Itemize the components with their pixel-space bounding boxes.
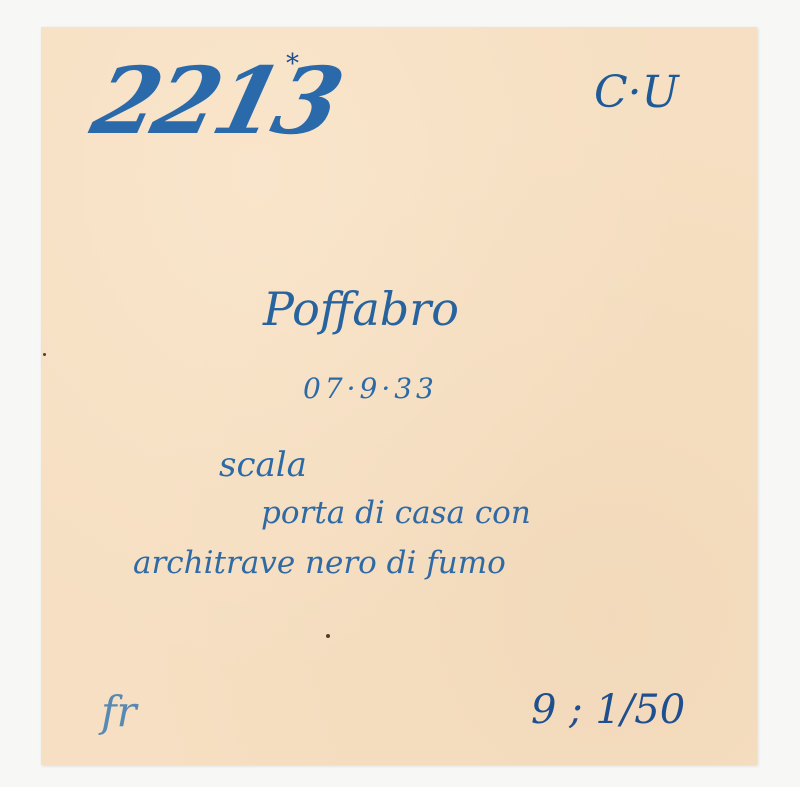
description-line-2: porta di casa con	[261, 495, 531, 531]
description-line-1: scala	[219, 445, 307, 485]
index-card: 2213 * C·U Poffabro 07·9·33 scala porta …	[41, 27, 757, 765]
catalog-number: 2213	[83, 47, 350, 155]
date: 07·9·33	[303, 372, 438, 405]
author-initials: fr	[101, 687, 137, 736]
place-name: Poffabro	[263, 282, 459, 336]
collection-code: C·U	[594, 67, 679, 118]
paper-stain	[326, 634, 330, 638]
paper-stain	[43, 353, 46, 356]
scale-note: 9 ; 1/50	[531, 687, 685, 733]
catalog-star-mark: *	[286, 49, 299, 79]
description-line-3: architrave nero di fumo	[133, 545, 506, 581]
